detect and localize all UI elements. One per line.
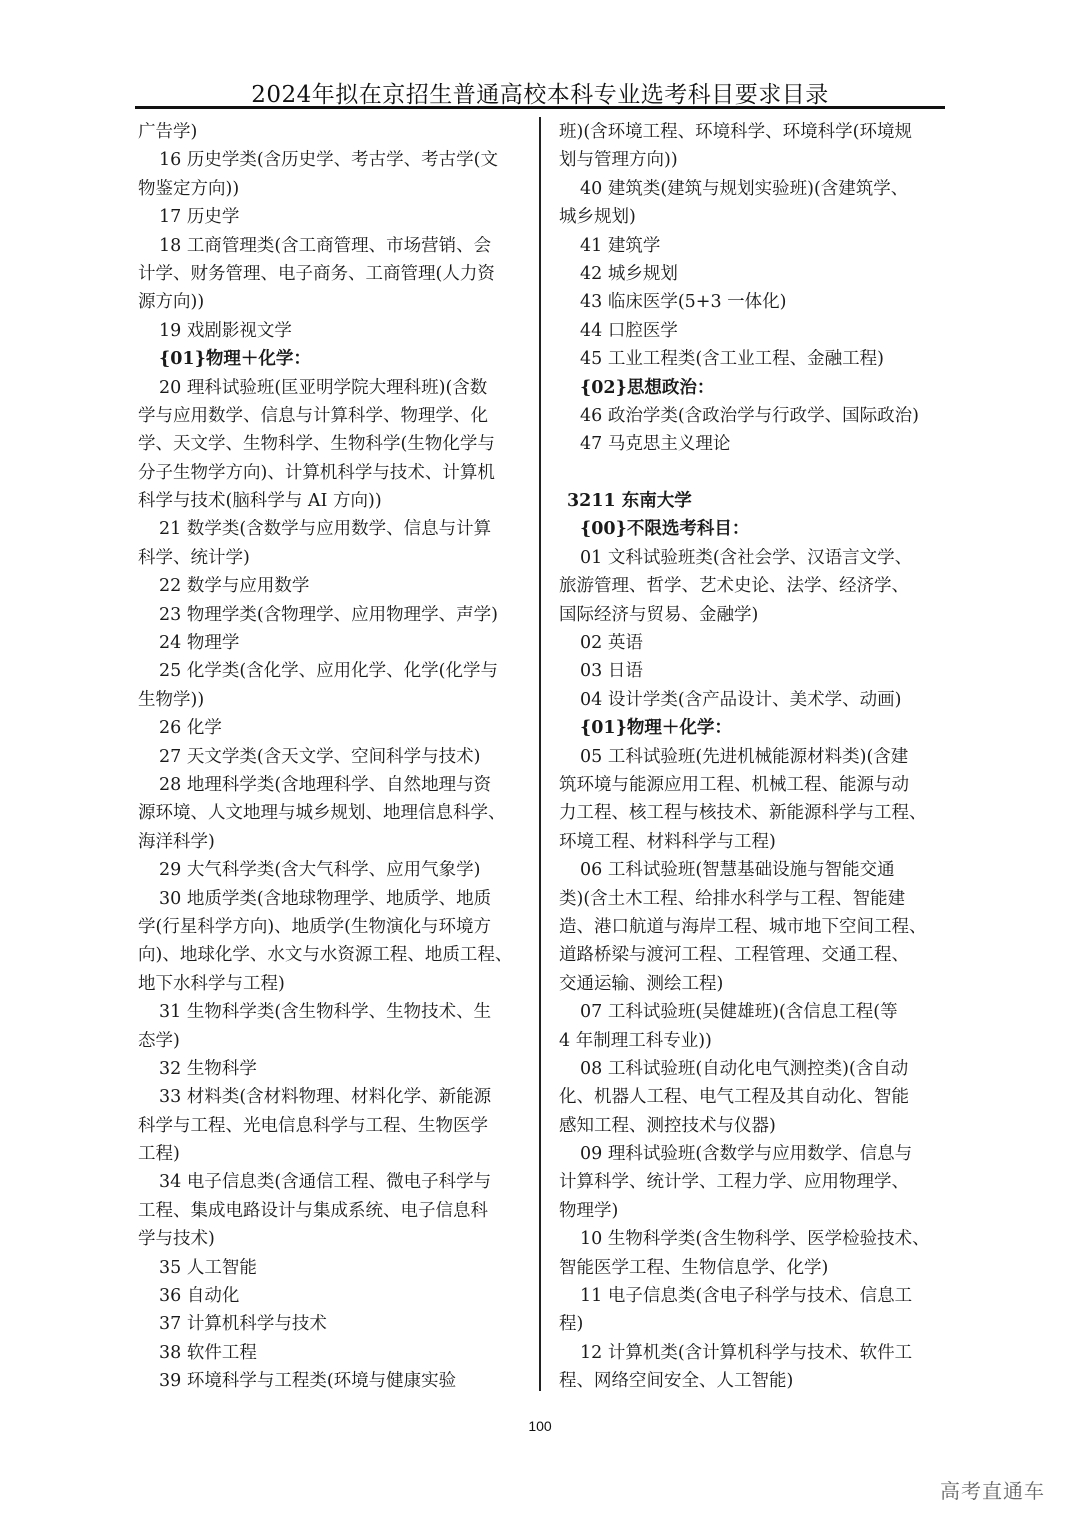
text-line: 34 电子信息类(含通信工程、微电子科学与 xyxy=(138,1168,523,1196)
text-line: 态学) xyxy=(138,1027,523,1055)
left-column: 广告学)16 历史学类(含历史学、考古学、考古学(文物鉴定方向))17 历史学1… xyxy=(138,118,523,1396)
text-line: 程) xyxy=(559,1310,944,1338)
text-line: 4 年制理工科专业)) xyxy=(559,1027,944,1055)
text-line: 18 工商管理类(含工商管理、市场营销、会 xyxy=(138,232,523,260)
text-line: 科学与技术(脑科学与 AI 方向)) xyxy=(138,487,523,515)
text-line: 源方向)) xyxy=(138,288,523,316)
text-line: 地下水科学与工程) xyxy=(138,970,523,998)
subject-requirement-heading: {00}不限选考科目： xyxy=(559,515,944,543)
text-line: 12 计算机类(含计算机科学与技术、软件工 xyxy=(559,1339,944,1367)
text-line: 科学与工程、光电信息科学与工程、生物医学 xyxy=(138,1112,523,1140)
text-line: 11 电子信息类(含电子科学与技术、信息工 xyxy=(559,1282,944,1310)
text-line: 30 地质学类(含地球物理学、地质学、地质 xyxy=(138,885,523,913)
text-line: 分子生物学方向)、计算机科学与技术、计算机 xyxy=(138,459,523,487)
text-line: 道路桥梁与渡河工程、工程管理、交通工程、 xyxy=(559,941,944,969)
text-line: 向)、地球化学、水文与水资源工程、地质工程、 xyxy=(138,941,523,969)
text-line: 43 临床医学(5+3 一体化) xyxy=(559,288,944,316)
text-line: 工程、集成电路设计与集成系统、电子信息科 xyxy=(138,1197,523,1225)
text-line: 造、港口航道与海岸工程、城市地下空间工程、 xyxy=(559,913,944,941)
text-line: 筑环境与能源应用工程、机械工程、能源与动 xyxy=(559,771,944,799)
page-number: 100 xyxy=(0,1418,1080,1434)
text-line: 47 马克思主义理论 xyxy=(559,430,944,458)
subject-requirement-heading: {02}思想政治： xyxy=(559,374,944,402)
subject-requirement-heading: {01}物理＋化学： xyxy=(559,714,944,742)
text-line: 36 自动化 xyxy=(138,1282,523,1310)
text-line: 计学、财务管理、电子商务、工商管理(人力资 xyxy=(138,260,523,288)
text-line: 07 工科试验班(吴健雄班)(含信息工程(等 xyxy=(559,998,944,1026)
text-line: 01 文科试验班类(含社会学、汉语言文学、 xyxy=(559,544,944,572)
text-line: 学与技术) xyxy=(138,1225,523,1253)
text-line: 力工程、核工程与核技术、新能源科学与工程、 xyxy=(559,799,944,827)
text-line: 09 理科试验班(含数学与应用数学、信息与 xyxy=(559,1140,944,1168)
text-line: 41 建筑学 xyxy=(559,232,944,260)
text-line: 国际经济与贸易、金融学) xyxy=(559,601,944,629)
text-line: 26 化学 xyxy=(138,714,523,742)
text-line: 32 生物科学 xyxy=(138,1055,523,1083)
text-line: 25 化学类(含化学、应用化学、化学(化学与 xyxy=(138,657,523,685)
subject-requirement-heading: {01}物理＋化学： xyxy=(138,345,523,373)
text-line: 40 建筑类(建筑与规划实验班)(含建筑学、 xyxy=(559,175,944,203)
text-line: 10 生物科学类(含生物科学、医学检验技术、 xyxy=(559,1225,944,1253)
text-line: 27 天文学类(含天文学、空间科学与技术) xyxy=(138,743,523,771)
text-line: 06 工科试验班(智慧基础设施与智能交通 xyxy=(559,856,944,884)
text-line: 42 城乡规划 xyxy=(559,260,944,288)
right-column: 班)(含环境工程、环境科学、环境科学(环境规划与管理方向))40 建筑类(建筑与… xyxy=(559,118,944,1396)
text-line: 02 英语 xyxy=(559,629,944,657)
text-line: 37 计算机科学与技术 xyxy=(138,1310,523,1338)
text-line: 程、网络空间安全、人工智能) xyxy=(559,1367,944,1395)
text-line: 22 数学与应用数学 xyxy=(138,572,523,600)
text-line: 城乡规划) xyxy=(559,203,944,231)
university-heading: 3211 东南大学 xyxy=(559,487,944,515)
text-line: 班)(含环境工程、环境科学、环境科学(环境规 xyxy=(559,118,944,146)
text-line: 31 生物科学类(含生物科学、生物技术、生 xyxy=(138,998,523,1026)
text-line: 环境工程、材料科学与工程) xyxy=(559,828,944,856)
text-line: 33 材料类(含材料物理、材料化学、新能源 xyxy=(138,1083,523,1111)
column-divider xyxy=(539,117,541,1391)
blank-line xyxy=(559,459,944,487)
text-line: 29 大气科学类(含大气科学、应用气象学) xyxy=(138,856,523,884)
text-line: 计算科学、统计学、工程力学、应用物理学、 xyxy=(559,1168,944,1196)
text-line: 旅游管理、哲学、艺术史论、法学、经济学、 xyxy=(559,572,944,600)
text-line: 广告学) xyxy=(138,118,523,146)
text-line: 学、天文学、生物科学、生物科学(生物化学与 xyxy=(138,430,523,458)
text-line: 05 工科试验班(先进机械能源材料类)(含建 xyxy=(559,743,944,771)
text-line: 20 理科试验班(匡亚明学院大理科班)(含数 xyxy=(138,374,523,402)
text-line: 划与管理方向)) xyxy=(559,146,944,174)
text-line: 源环境、人文地理与城乡规划、地理信息科学、 xyxy=(138,799,523,827)
page-title: 2024年拟在京招生普通高校本科专业选考科目要求目录 xyxy=(135,76,945,109)
text-line: 物鉴定方向)) xyxy=(138,175,523,203)
text-line: 17 历史学 xyxy=(138,203,523,231)
text-line: 23 物理学类(含物理学、应用物理学、声学) xyxy=(138,601,523,629)
text-line: 感知工程、测控技术与仪器) xyxy=(559,1112,944,1140)
header-rule xyxy=(135,106,945,109)
text-line: 学(行星科学方向)、地质学(生物演化与环境方 xyxy=(138,913,523,941)
text-line: 智能医学工程、生物信息学、化学) xyxy=(559,1254,944,1282)
text-line: 39 环境科学与工程类(环境与健康实验 xyxy=(138,1367,523,1395)
text-line: 工程) xyxy=(138,1140,523,1168)
text-line: 03 日语 xyxy=(559,657,944,685)
text-line: 科学、统计学) xyxy=(138,544,523,572)
text-line: 海洋科学) xyxy=(138,828,523,856)
text-line: 04 设计学类(含产品设计、美术学、动画) xyxy=(559,686,944,714)
text-line: 交通运输、测绘工程) xyxy=(559,970,944,998)
text-line: 24 物理学 xyxy=(138,629,523,657)
text-line: 类)(含土木工程、给排水科学与工程、智能建 xyxy=(559,885,944,913)
text-line: 44 口腔医学 xyxy=(559,317,944,345)
text-line: 28 地理科学类(含地理科学、自然地理与资 xyxy=(138,771,523,799)
text-line: 生物学)) xyxy=(138,686,523,714)
text-line: 化、机器人工程、电气工程及其自动化、智能 xyxy=(559,1083,944,1111)
text-line: 08 工科试验班(自动化电气测控类)(含自动 xyxy=(559,1055,944,1083)
text-line: 学与应用数学、信息与计算科学、物理学、化 xyxy=(138,402,523,430)
text-line: 16 历史学类(含历史学、考古学、考古学(文 xyxy=(138,146,523,174)
text-line: 21 数学类(含数学与应用数学、信息与计算 xyxy=(138,515,523,543)
watermark: 高考直通车 xyxy=(940,1475,1045,1504)
text-line: 45 工业工程类(含工业工程、金融工程) xyxy=(559,345,944,373)
text-line: 46 政治学类(含政治学与行政学、国际政治) xyxy=(559,402,944,430)
text-line: 35 人工智能 xyxy=(138,1254,523,1282)
text-line: 38 软件工程 xyxy=(138,1339,523,1367)
text-line: 物理学) xyxy=(559,1197,944,1225)
text-line: 19 戏剧影视文学 xyxy=(138,317,523,345)
